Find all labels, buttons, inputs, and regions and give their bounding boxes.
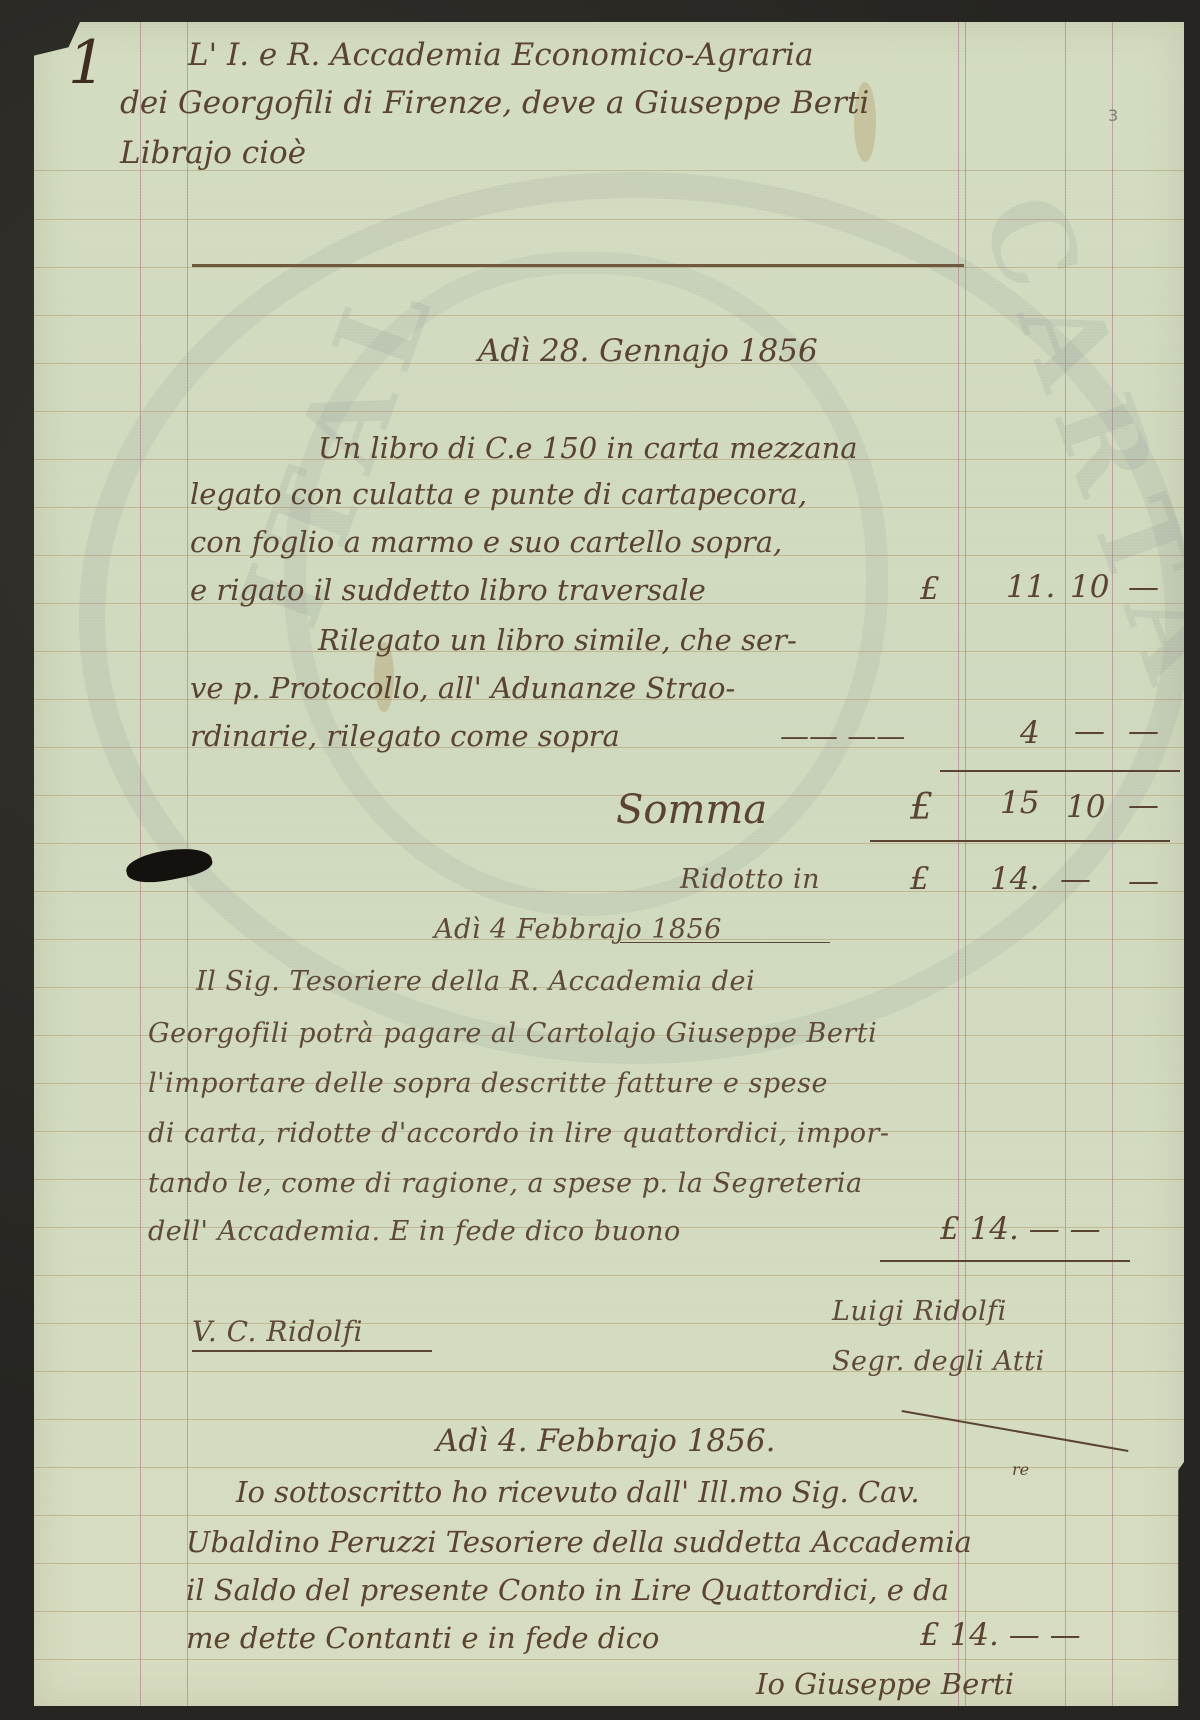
header-line: L' I. e R. Accademia Economico-Agraria [188, 40, 813, 71]
total-rule [870, 840, 1170, 842]
payment-order-date: Adì 4 Febbrajo 1856 [434, 916, 722, 943]
header-line: Librajo cioè [120, 138, 306, 169]
total-lire: 15 [1000, 788, 1039, 819]
superscript: re [1012, 1462, 1029, 1478]
amount-lire: 4 [1020, 718, 1040, 749]
receipt-line: il Saldo del presente Conto in Lire Quat… [186, 1576, 949, 1605]
receipt-line: Ubaldino Peruzzi Tesoriere della suddett… [186, 1528, 972, 1557]
column-line [958, 22, 959, 1706]
signature-right: Luigi Ridolfi [832, 1298, 1007, 1325]
amount-soldi: — [1074, 716, 1105, 747]
date-underline [620, 942, 830, 943]
payment-order-line: Il Sig. Tesoriere della R. Accademia dei [196, 968, 755, 995]
currency-symbol: £ [910, 864, 930, 895]
invoice-date: Adì 28. Gennajo 1856 [478, 336, 818, 367]
item-line: e rigato il suddetto libro traversale [190, 576, 706, 605]
item-line: Rilegato un libro simile, che ser- [318, 626, 797, 655]
reduced-denari: — [1128, 866, 1159, 897]
signature-flourish [192, 1350, 432, 1352]
seal-lettering: CARTA [956, 178, 1200, 714]
amount-rule [880, 1260, 1130, 1262]
payment-order-line: dell' Accademia. E in fede dico buono [148, 1218, 681, 1245]
page-number: 3 [1108, 106, 1118, 125]
receipt-line: Io sottoscritto ho ricevuto dall' Ill.mo… [236, 1478, 920, 1507]
reduced-label: Ridotto in [680, 866, 820, 893]
signature-right-title: Segr. degli Atti [832, 1348, 1045, 1375]
header-line: dei Georgofili di Firenze, deve a Giusep… [120, 88, 869, 119]
payment-order-line: di carta, ridotte d'accordo in lire quat… [148, 1120, 890, 1147]
receipt-date: Adì 4. Febbrajo 1856. [436, 1426, 775, 1457]
amount-soldi: 10 [1070, 572, 1109, 603]
filler-dash: —— —— [780, 722, 905, 751]
ruled-line [34, 1419, 1184, 1420]
reduced-lire: 14. [990, 864, 1039, 895]
receipt-line: me dette Contanti e in fede dico [186, 1624, 659, 1653]
ruled-line [34, 1563, 1184, 1564]
ruled-line [34, 1515, 1184, 1516]
payment-order-amount: £ 14. — — [940, 1214, 1101, 1245]
currency-symbol: £ [910, 790, 933, 826]
item-line: rdinarie, rilegato come sopra [190, 722, 620, 751]
ruled-line [34, 1611, 1184, 1612]
amount-denari: — [1128, 716, 1159, 747]
item-line: Un libro di C.e 150 in carta mezzana [318, 434, 858, 463]
item-line: legato con culatta e punte di cartapecor… [190, 480, 807, 509]
receipt-signature: Io Giuseppe Berti [756, 1670, 1014, 1699]
total-denari: — [1128, 790, 1159, 821]
currency-symbol: £ [920, 574, 940, 605]
receipt-amount: £ 14. — — [920, 1620, 1081, 1651]
payment-order-line: l'importare delle sopra descritte fattur… [148, 1070, 828, 1097]
ruled-line [34, 1659, 1184, 1660]
section-divider [192, 264, 964, 267]
amount-denari: — [1128, 572, 1159, 603]
amount-lire: 11. [1006, 572, 1055, 603]
total-soldi: 10 [1066, 792, 1105, 823]
total-rule [940, 770, 1180, 772]
reduced-soldi: — [1060, 864, 1091, 895]
payment-order-line: Georgofili potrà pagare al Cartolajo Giu… [148, 1020, 877, 1047]
item-line: ve p. Protocollo, all' Adunanze Strao- [190, 674, 735, 703]
ruled-line [34, 1275, 1184, 1276]
payment-order-line: tando le, come di ragione, a spese p. la… [148, 1170, 863, 1197]
signature-left: V. C. Ridolfi [192, 1318, 363, 1346]
total-label: Somma [616, 790, 767, 830]
folio-number: 1 [68, 28, 106, 98]
item-line: con foglio a marmo e suo cartello sopra, [190, 528, 782, 557]
column-line [965, 22, 966, 1706]
